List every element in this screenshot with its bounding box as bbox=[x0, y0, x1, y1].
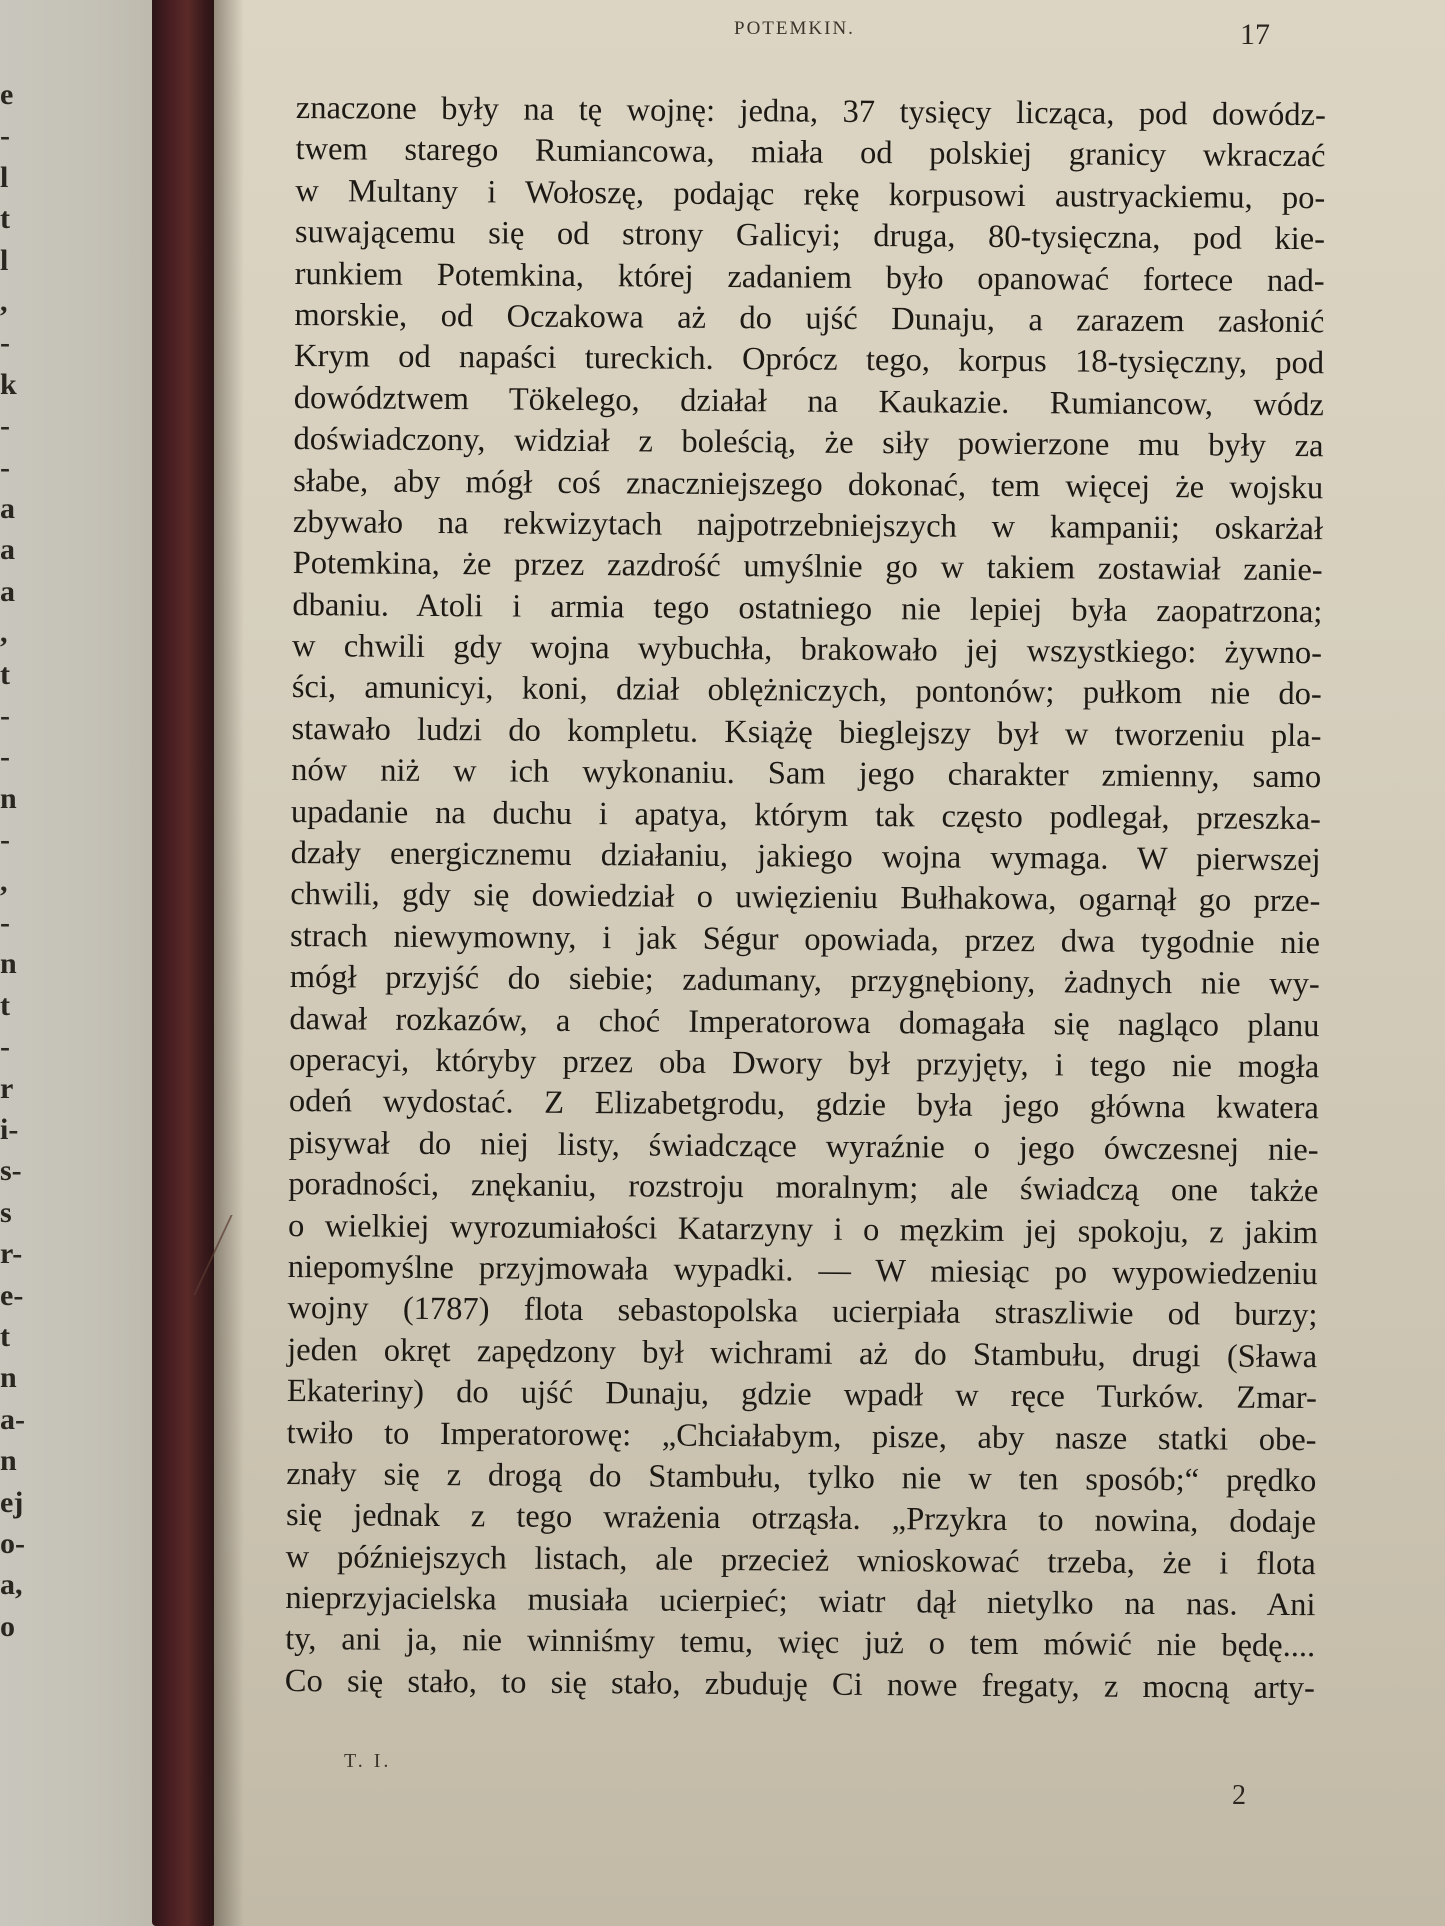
facing-page-fragment: s bbox=[0, 1198, 12, 1228]
text-line: upadanie na duchu i apatya, którym tak c… bbox=[291, 792, 1321, 841]
text-line: morskie, od Oczakowa aż do ujść Dunaju, … bbox=[294, 295, 1324, 344]
facing-page-fragment: t bbox=[0, 991, 10, 1021]
text-line: nów niż w ich wykonaniu. Sam jego charak… bbox=[291, 750, 1321, 799]
facing-page-fragment: a bbox=[0, 535, 15, 565]
text-line: nieprzyjacielska musiała ucierpieć; wiat… bbox=[285, 1578, 1315, 1627]
text-line: znały się z drogą do Stambułu, tylko nie… bbox=[286, 1454, 1316, 1503]
text-line: doświadczony, widział z boleścią, że sił… bbox=[293, 419, 1323, 468]
running-head: POTEMKIN. bbox=[734, 18, 855, 40]
text-line: runkiem Potemkina, której zadaniem było … bbox=[295, 254, 1325, 303]
facing-page-fragment: n bbox=[0, 949, 17, 979]
text-line: mógł przyjść do siebie; zadumany, przygn… bbox=[290, 957, 1320, 1006]
gutter-shadow bbox=[214, 0, 244, 1926]
text-line: strach niewymowny, i jak Ségur opowiada,… bbox=[290, 916, 1320, 965]
facing-page-fragment: a bbox=[0, 577, 15, 607]
text-line: chwili, gdy się dowiedział o uwięzieniu … bbox=[290, 874, 1320, 923]
facing-page-fragment: - bbox=[0, 742, 10, 772]
text-line: dbaniu. Atoli i armia tego ostatniego ni… bbox=[292, 585, 1322, 634]
text-line: słabe, aby mógł coś znaczniejszego dokon… bbox=[293, 461, 1323, 510]
facing-page-fragment: - bbox=[0, 411, 10, 441]
facing-page-fragment: e bbox=[0, 80, 13, 110]
facing-left-page: e-ltl,-k--aaa,t--n-,-nt-ri-s-sr-e-tna-ne… bbox=[0, 0, 158, 1926]
text-line: wojny (1787) flota sebastopolska ucierpi… bbox=[287, 1288, 1317, 1337]
facing-page-fragment: l bbox=[0, 246, 8, 276]
text-line: dowództwem Tökelego, działał na Kaukazie… bbox=[294, 378, 1324, 427]
facing-page-fragment: a bbox=[0, 494, 15, 524]
facing-page-fragment: r bbox=[0, 1074, 13, 1104]
facing-page-margin-text: e-ltl,-k--aaa,t--n-,-nt-ri-s-sr-e-tna-ne… bbox=[0, 0, 30, 1926]
facing-page-fragment: - bbox=[0, 121, 10, 151]
facing-page-fragment: k bbox=[0, 370, 17, 400]
signature-number: 2 bbox=[1232, 1780, 1246, 1812]
facing-page-fragment: ej bbox=[0, 1488, 23, 1518]
text-line: się jednak z tego wrażenia otrząsła. „Pr… bbox=[286, 1495, 1316, 1544]
text-line: w późniejszych listach, ale przecież wni… bbox=[286, 1537, 1316, 1586]
facing-page-fragment: o- bbox=[0, 1529, 25, 1559]
facing-page-fragment: - bbox=[0, 328, 10, 358]
text-line: twiło to Imperatorowę: „Chciałabym, pisz… bbox=[286, 1412, 1316, 1461]
text-line: twem starego Rumiancowa, miała od polski… bbox=[295, 129, 1325, 178]
facing-page-fragment: t bbox=[0, 660, 10, 690]
facing-page-fragment: t bbox=[0, 1322, 10, 1352]
page-number: 17 bbox=[1240, 18, 1270, 52]
facing-page-fragment: - bbox=[0, 908, 10, 938]
facing-page-fragment: a- bbox=[0, 1405, 25, 1435]
text-line: Ekateriny) do ujść Dunaju, gdzie wpadł w… bbox=[287, 1371, 1317, 1420]
facing-page-fragment: l bbox=[0, 163, 8, 193]
facing-page-fragment: a, bbox=[0, 1570, 23, 1600]
text-line: jeden okręt zapędzony był wichrami aż do… bbox=[287, 1330, 1317, 1379]
facing-page-fragment: s- bbox=[0, 1156, 22, 1186]
text-line: stawało ludzi do kompletu. Książę biegle… bbox=[291, 709, 1321, 758]
text-line: znaczone były na tę wojnę: jedna, 37 tys… bbox=[296, 88, 1326, 137]
volume-signature-mark: T. I. bbox=[344, 1750, 391, 1773]
text-line: o wielkiej wyrozumiałości Katarzyny i o … bbox=[288, 1206, 1318, 1255]
facing-page-fragment: r- bbox=[0, 1239, 22, 1269]
text-line: Potemkina, że przez zazdrość umyślnie go… bbox=[293, 543, 1323, 592]
facing-page-fragment: t bbox=[0, 204, 10, 234]
facing-page-fragment: n bbox=[0, 784, 17, 814]
text-line: ty, ani ja, nie winniśmy temu, więc już … bbox=[285, 1619, 1315, 1668]
text-line: Co się stało, to się stało, zbuduję Ci n… bbox=[285, 1661, 1315, 1710]
facing-page-fragment: , bbox=[0, 287, 8, 317]
text-line: w chwili gdy wojna wybuchła, brakowało j… bbox=[292, 626, 1322, 675]
bookmark-ribbon-spine bbox=[152, 0, 216, 1926]
facing-page-fragment: e- bbox=[0, 1281, 23, 1311]
text-line: operacyi, któryby przez oba Dwory był pr… bbox=[289, 1040, 1319, 1089]
text-line: ści, amunicyi, koni, dział oblężniczych,… bbox=[292, 667, 1322, 716]
facing-page-fragment: o bbox=[0, 1612, 15, 1642]
facing-page-fragment: - bbox=[0, 453, 10, 483]
text-line: dzały energicznemu działaniu, jakiego wo… bbox=[291, 833, 1321, 882]
facing-page-fragment: , bbox=[0, 618, 8, 648]
body-text: znaczone były na tę wojnę: jedna, 37 tys… bbox=[285, 88, 1326, 1709]
facing-page-fragment: - bbox=[0, 1032, 10, 1062]
text-line: zbywało na rekwizytach najpotrzebniejszy… bbox=[293, 502, 1323, 551]
text-line: niepomyślne przyjmowała wypadki. — W mie… bbox=[288, 1247, 1318, 1296]
facing-page-fragment: i- bbox=[0, 1115, 18, 1145]
text-line: odeń wydostać. Z Elizabetgrodu, gdzie by… bbox=[289, 1081, 1319, 1130]
text-line: poradności, znękaniu, rozstroju moralnym… bbox=[288, 1164, 1318, 1213]
facing-page-fragment: - bbox=[0, 825, 10, 855]
right-book-page: POTEMKIN. 17 znaczone były na tę wojnę: … bbox=[214, 0, 1445, 1926]
text-line: pisywał do niej listy, świadczące wyraźn… bbox=[288, 1123, 1318, 1172]
text-line: dawał rozkazów, a choć Imperatorowa doma… bbox=[289, 999, 1319, 1048]
facing-page-fragment: , bbox=[0, 867, 8, 897]
facing-page-fragment: - bbox=[0, 701, 10, 731]
text-line: Krym od napaści tureckich. Oprócz tego, … bbox=[294, 336, 1324, 385]
facing-page-fragment: n bbox=[0, 1363, 17, 1393]
facing-page-fragment: n bbox=[0, 1446, 17, 1476]
text-line: suwającemu się od strony Galicyi; druga,… bbox=[295, 212, 1325, 261]
text-line: w Multany i Wołoszę, podając rękę korpus… bbox=[295, 171, 1325, 220]
